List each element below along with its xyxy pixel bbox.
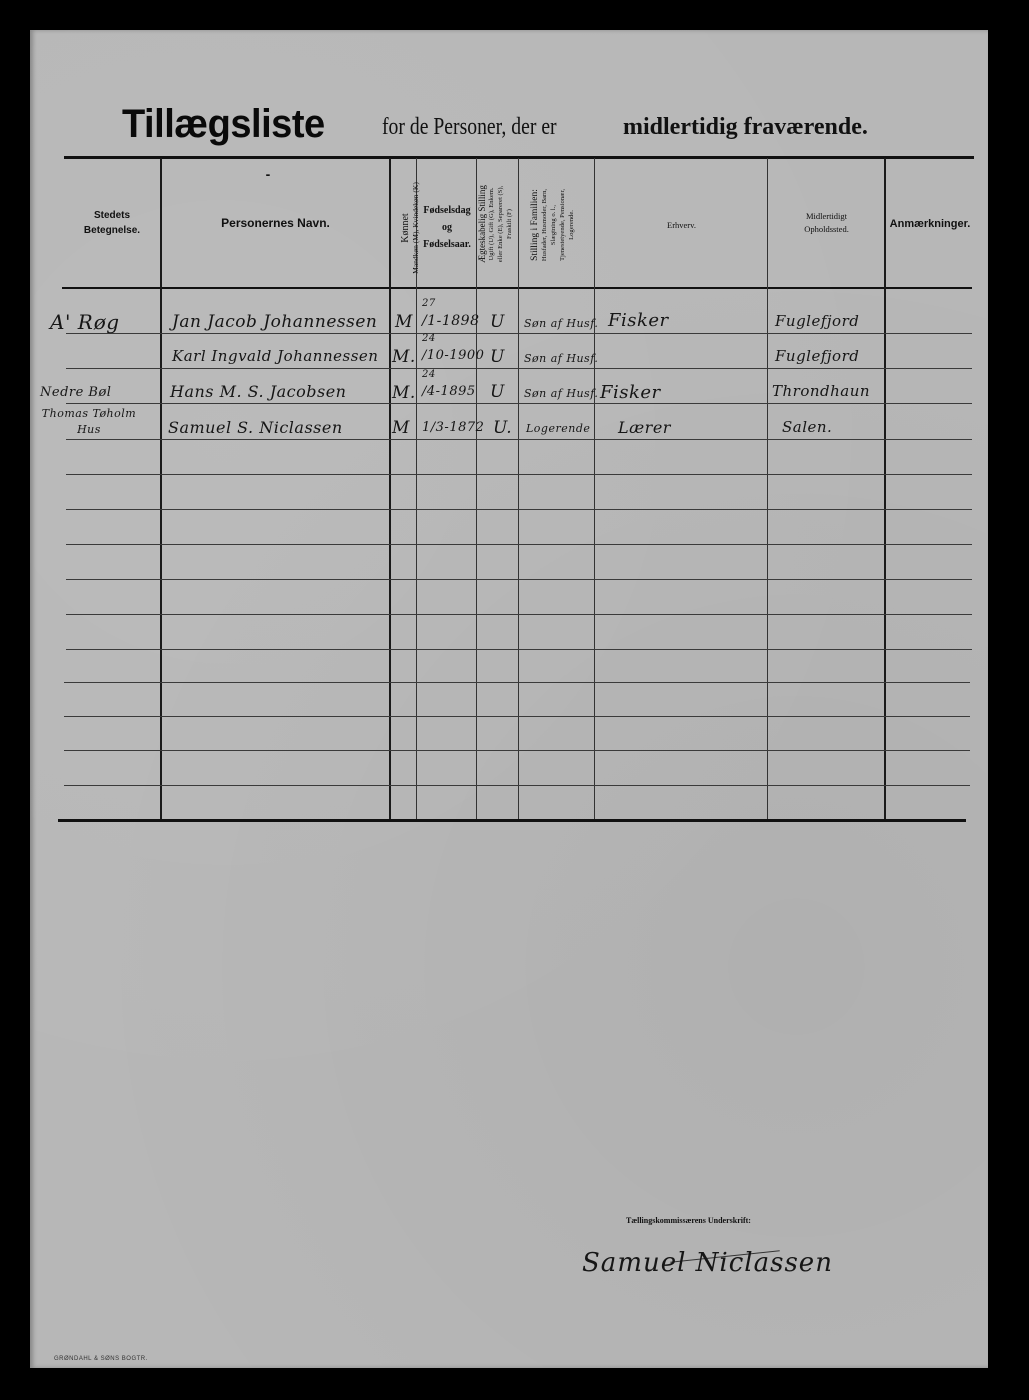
row-line — [64, 682, 970, 683]
row1-stedets: A' Røg — [50, 310, 120, 334]
row-line — [64, 785, 970, 786]
header-familie: Stilling i Familien: Husfader, Husmoder,… — [531, 164, 581, 286]
row1-ophold: Fuglefjord — [775, 312, 859, 330]
header-familie-line5: Logerende. — [567, 164, 576, 286]
printer-mark: GRØNDAHL & SØNS BOGTR. — [54, 1356, 148, 1362]
row4-erhverv: Lærer — [618, 418, 671, 437]
header-fodsel: Fødselsdag og Fødselsaar. — [418, 202, 476, 253]
row-line — [64, 716, 970, 717]
header-aegteskab-line4: Fraskilt (F) — [505, 164, 514, 284]
header-fodsel-line1: Fødselsdag — [418, 202, 476, 219]
header-familie-line2: Husfader, Husmoder, Barn, — [540, 164, 549, 286]
row-line — [66, 509, 972, 510]
table-top-rule — [64, 156, 974, 159]
row4-kjonn: M — [392, 418, 410, 438]
row4-familie: Logerende — [526, 422, 590, 435]
header-stedets: Stedets Betegnelse. — [64, 208, 160, 238]
col-divider-navn — [389, 158, 391, 820]
header-ophold-line1: Midlertidigt — [769, 210, 884, 223]
signature-label: Tællingskommissærens Underskrift: — [626, 1216, 751, 1225]
col-divider-familie — [594, 158, 595, 820]
row3-kjonn: M. — [392, 383, 416, 403]
row3-navn: Hans M. S. Jacobsen — [170, 382, 346, 401]
row3-fodsel: /4-1895 — [422, 384, 476, 399]
header-navn: Personernes Navn. — [162, 216, 389, 230]
row2-fodsel: /10-1900 — [422, 348, 484, 363]
row4-ophold: Salen. — [782, 418, 832, 436]
row4-stedets: Thomas Tøholm Hus — [34, 406, 144, 438]
row-line — [66, 649, 972, 650]
row1-aegteskab: U — [490, 312, 505, 332]
row2-fodsel-day: 24 — [422, 333, 436, 344]
header-fodsel-line2: og — [418, 219, 476, 236]
row4-aegteskab: U. — [493, 418, 512, 438]
census-form-page: Tillægsliste for de Personer, der er mid… — [30, 30, 988, 1368]
header-familie-line4: Tjenestetyende, Pensionær, — [558, 164, 567, 286]
row-line — [66, 579, 972, 580]
row-line — [66, 544, 972, 545]
col-divider-stedets — [160, 158, 162, 820]
row3-fodsel-day: 24 — [422, 369, 436, 380]
header-anmaerkninger: Anmærkninger. — [886, 218, 974, 230]
row1-navn: Jan Jacob Johannessen — [172, 312, 377, 332]
header-stedets-line2: Betegnelse. — [64, 223, 160, 238]
col-divider-erhverv — [767, 158, 768, 820]
header-bottom-rule — [62, 287, 972, 289]
row4-fodsel: 1/3-1872 — [422, 420, 484, 435]
header-navn-mark: - — [263, 166, 273, 182]
col-divider-aegteskab — [518, 158, 519, 820]
header-erhverv: Erhverv. — [596, 220, 767, 230]
row1-familie: Søn af Husf. — [524, 317, 598, 330]
form-subtitle-bold: midlertidig fraværende. — [623, 114, 868, 141]
header-aegteskab: Ægteskabelig Stilling Ugift (U), Gift (G… — [478, 164, 516, 284]
header-fodsel-line3: Fødselsaar. — [418, 236, 476, 253]
row-line — [66, 614, 972, 615]
row1-fodsel: /1-1898 — [422, 313, 479, 329]
col-divider-ophold — [884, 158, 886, 820]
row4-navn: Samuel S. Niclassen — [168, 418, 343, 437]
header-ophold: Midlertidigt Opholdssted. — [769, 210, 884, 236]
row2-aegteskab: U — [490, 347, 505, 367]
row3-aegteskab: U — [490, 382, 505, 402]
row-line — [66, 439, 972, 440]
table-bottom-rule — [58, 819, 966, 822]
header-ophold-line2: Opholdssted. — [769, 223, 884, 236]
row2-familie: Søn af Husf. — [524, 352, 598, 365]
row-line — [64, 750, 970, 751]
row2-kjonn: M. — [392, 347, 416, 367]
header-familie-line3: Slægtning o. l., — [549, 164, 558, 286]
header-aegteskab-line2: Ugift (U), Gift (G), Enkem. — [487, 164, 496, 284]
row3-erhverv: Fisker — [600, 382, 661, 403]
row3-stedets: Nedre Bøl — [40, 385, 111, 400]
row1-kjonn: M — [395, 312, 413, 332]
header-stedets-line1: Stedets — [64, 208, 160, 223]
row-line — [66, 403, 972, 404]
signature-value: Samuel Niclassen — [582, 1248, 833, 1278]
row1-erhverv: Fisker — [608, 310, 669, 331]
header-familie-line1: Stilling i Familien: — [531, 164, 540, 286]
row3-ophold: Throndhaun — [772, 382, 870, 400]
header-aegteskab-line1: Ægteskabelig Stilling — [478, 164, 487, 284]
header-kjonn-line1: Kønnet — [401, 167, 411, 289]
form-title: Tillægsliste — [122, 102, 325, 147]
form-subtitle-light: for de Personer, der er — [382, 114, 557, 141]
row-line — [66, 474, 972, 475]
row2-navn: Karl Ingvald Johannessen — [172, 347, 378, 365]
row2-ophold: Fuglefjord — [775, 347, 859, 365]
header-aegteskab-line3: eller Enke (E), Separeret (S), — [496, 164, 505, 284]
row-line — [66, 368, 972, 369]
row3-familie: Søn af Husf. — [524, 387, 598, 400]
row-line — [66, 333, 972, 334]
row1-fodsel-day: 27 — [422, 298, 436, 309]
